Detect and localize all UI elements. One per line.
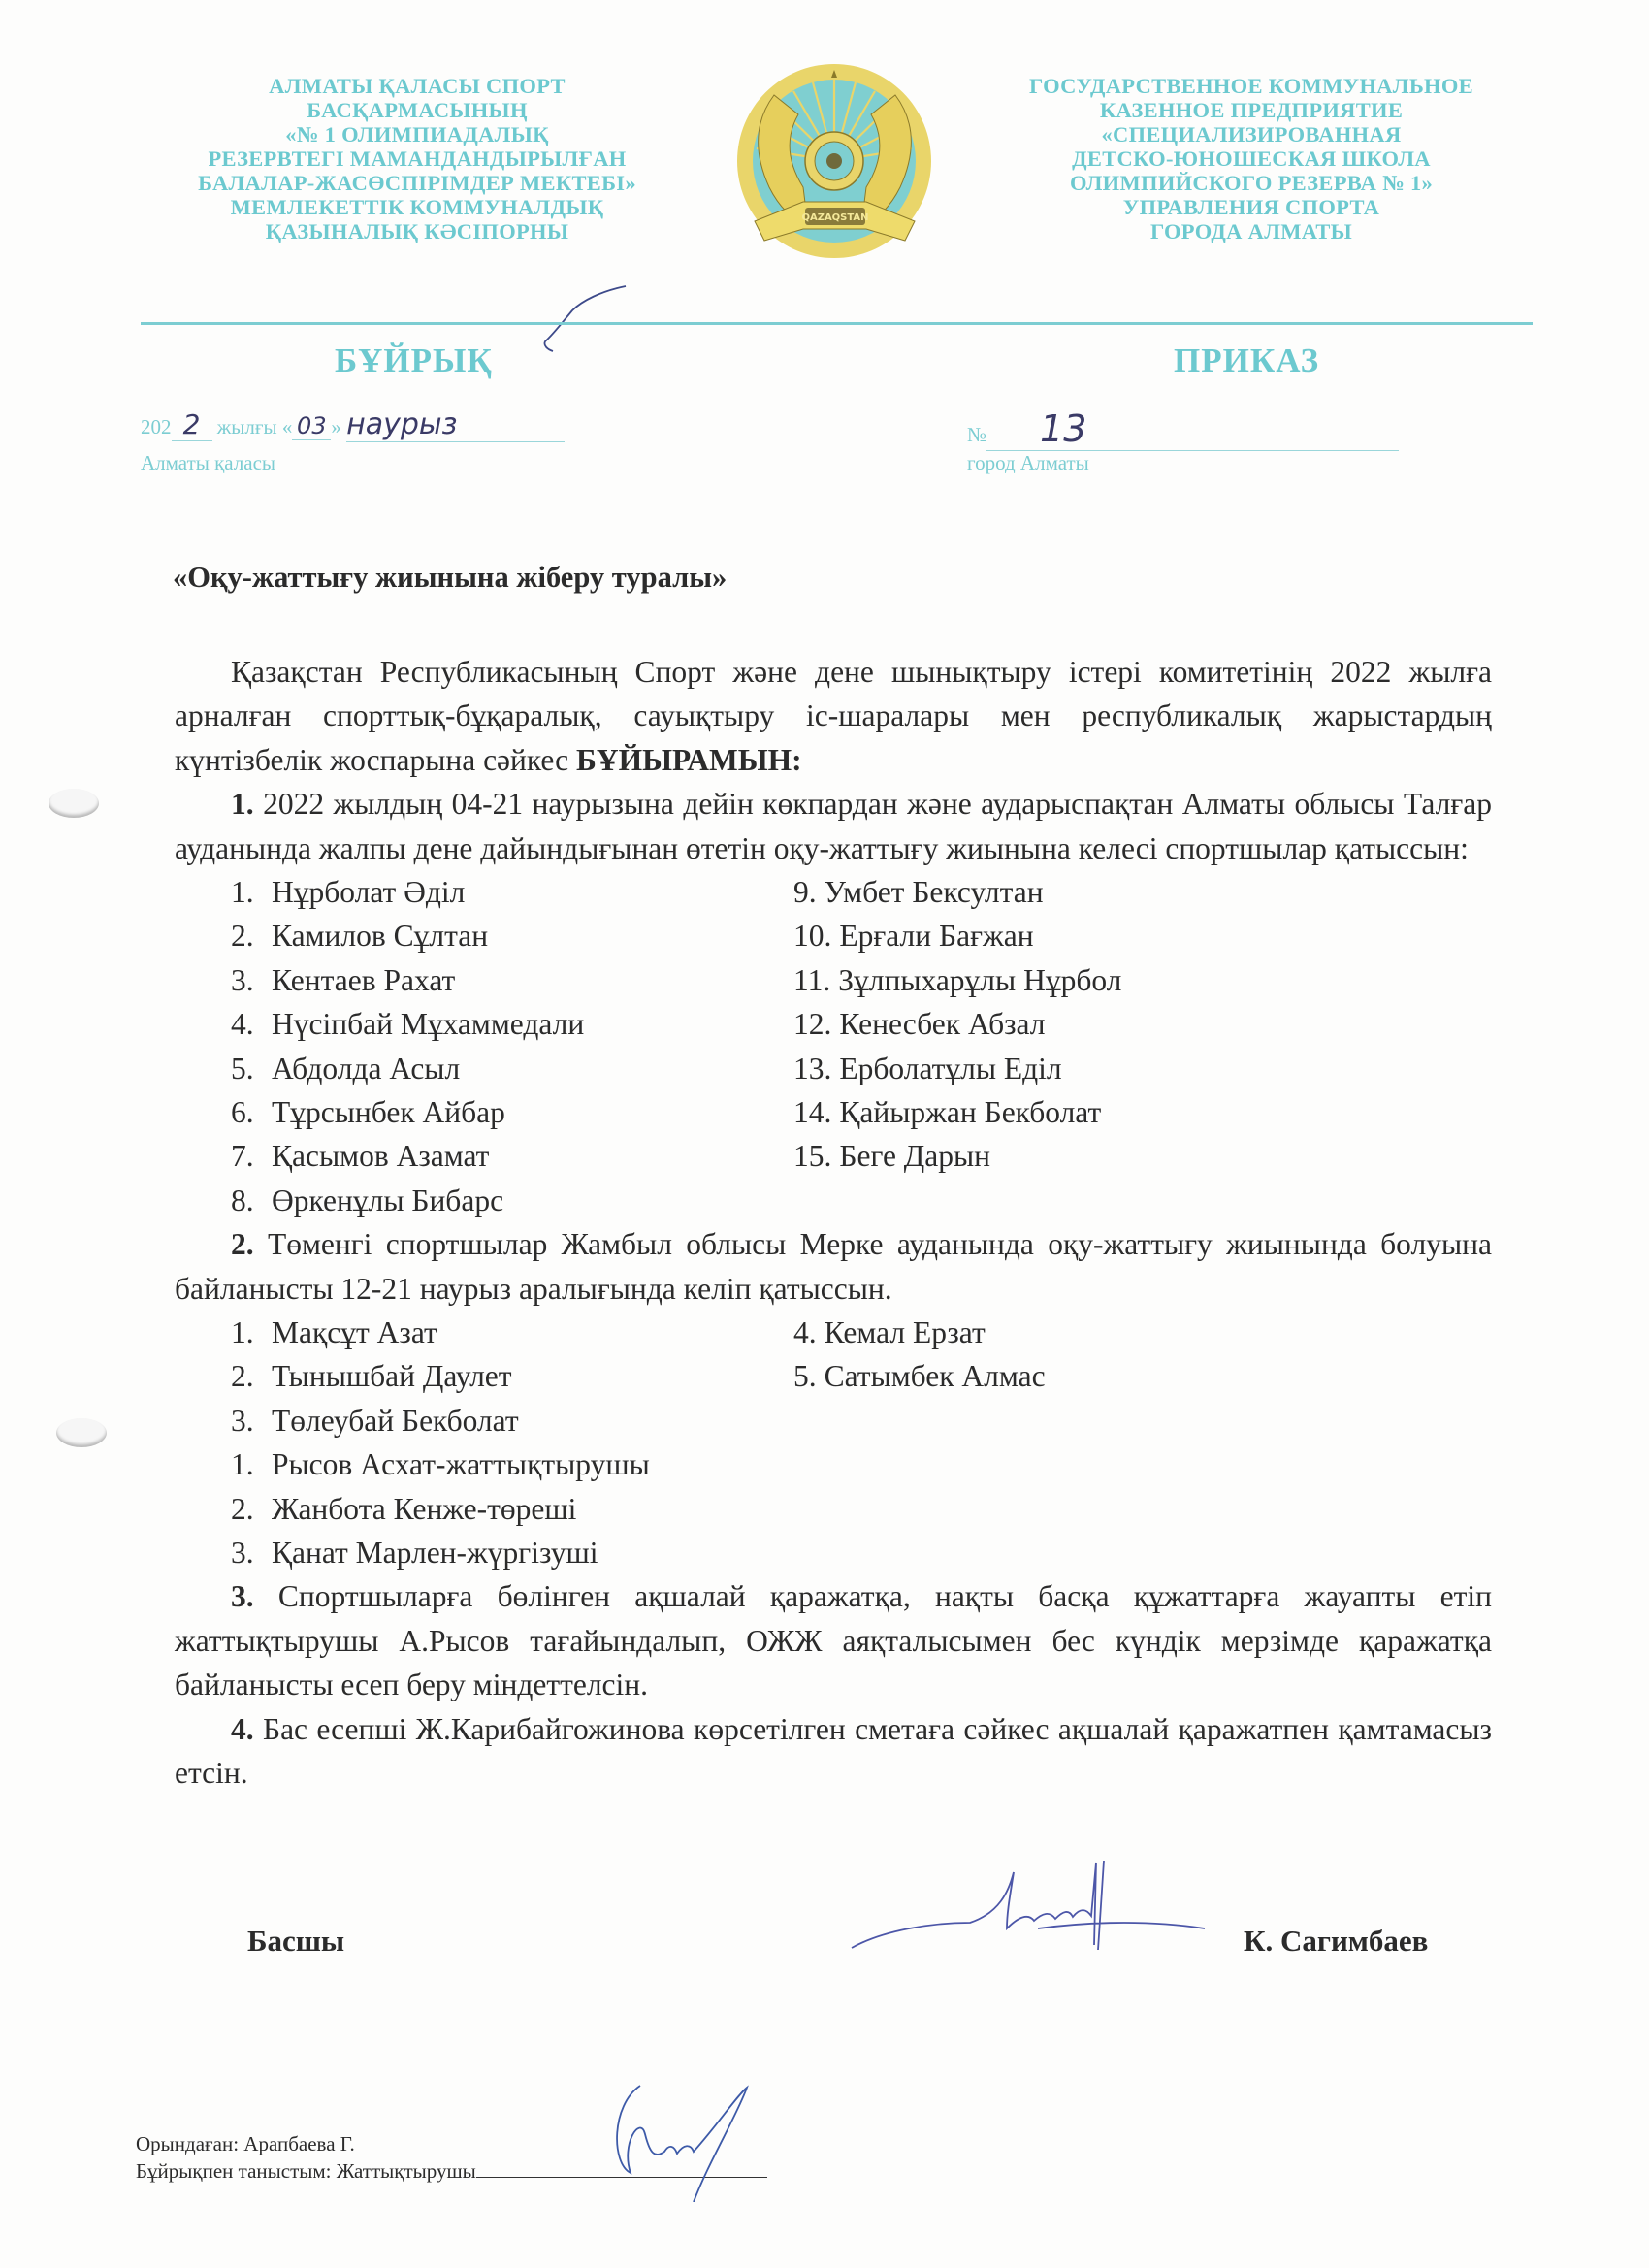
- handwritten-day: 03: [297, 412, 327, 439]
- order-number: №13: [967, 407, 1399, 451]
- list-item: 2.Жанбота Кенже-төреші: [231, 1487, 1492, 1531]
- doc-kind-kz: БҰЙРЫҚ: [335, 341, 493, 380]
- letterhead-line: ГОРОДА АЛМАТЫ: [980, 219, 1523, 243]
- handwritten-month: наурыз: [346, 407, 457, 441]
- acknowledgement-signature: [601, 2076, 815, 2202]
- list-item-name: Қасымов Азамат: [272, 1134, 489, 1178]
- list-item-number: 6.: [231, 1090, 272, 1134]
- staff-list: 1.Рысов Асхат-жаттықтырушы2.Жанбота Кенж…: [175, 1442, 1492, 1574]
- letterhead-line: УПРАВЛЕНИЯ СПОРТА: [980, 195, 1523, 219]
- city-ru: город Алматы: [967, 451, 1089, 475]
- list-item-number: 2.: [231, 1354, 272, 1398]
- list-item-number: 1.: [231, 1311, 272, 1354]
- item-2: 2. Төменгі спортшылар Жамбыл облысы Мерк…: [175, 1222, 1492, 1311]
- letterhead-line: БАСҚАРМАСЫНЫҢ: [145, 98, 689, 122]
- list-item-name: Сатымбек Алмас: [824, 1354, 1046, 1398]
- letterhead-line: ДЕТСКО-ЮНОШЕСКАЯ ШКОЛА: [980, 146, 1523, 171]
- header-divider: [141, 322, 1533, 325]
- letterhead-line: ОЛИМПИЙСКОГО РЕЗЕРВА № 1»: [980, 171, 1523, 195]
- list-item: 7.Қасымов Азамат: [231, 1134, 793, 1178]
- athlete-list-left: 1.Мақсұт Азат2.Тынышбай Даулет3.Төлеубай…: [175, 1311, 793, 1442]
- item-4: 4. Бас есепші Ж.Карибайгожинова көрсетіл…: [175, 1707, 1492, 1796]
- handwritten-year: 2: [183, 408, 201, 440]
- letterhead-line: «СПЕЦИАЛИЗИРОВАННАЯ: [980, 122, 1523, 146]
- handwritten-mark: [514, 281, 640, 359]
- list-item: 1.Мақсұт Азат: [231, 1311, 793, 1354]
- item-1-athletes: 1.Нұрболат Әділ2.Камилов Сұлтан3.Кентаев…: [175, 870, 1492, 1222]
- list-item: 5.Абдолда Асыл: [231, 1047, 793, 1090]
- org-name-ru: ГОСУДАРСТВЕННОЕ КОММУНАЛЬНОЕКАЗЕННОЕ ПРЕ…: [980, 74, 1523, 243]
- city-kz: Алматы қаласы: [141, 451, 275, 475]
- letterhead-line: РЕЗЕРВТЕГІ МАМАНДАНДЫРЫЛҒАН: [145, 146, 689, 171]
- list-item: 12.Кенесбек Абзал: [793, 1002, 1492, 1046]
- letterhead-line: БАЛАЛАР-ЖАСӨСПІРІМДЕР МЕКТЕБІ»: [145, 171, 689, 195]
- list-item-name: Ерболатұлы Еділ: [839, 1047, 1061, 1090]
- list-item-name: Зұлпыхарұлы Нұрбол: [838, 958, 1121, 1002]
- letterhead-line: «№ 1 ОЛИМПИАДАЛЫҚ: [145, 122, 689, 146]
- item-1: 1. 2022 жылдың 04-21 наурызына дейін көк…: [175, 782, 1492, 870]
- list-item: 3.Төлеубай Бекболат: [231, 1399, 793, 1442]
- list-item: 11.Зұлпыхарұлы Нұрбол: [793, 958, 1492, 1002]
- list-item-name: Төлеубай Бекболат: [272, 1399, 519, 1442]
- list-item: 8.Өркенұлы Бибарс: [231, 1179, 793, 1222]
- list-item-number: 2.: [231, 914, 272, 957]
- punch-hole: [48, 789, 99, 818]
- list-item-number: 3.: [231, 1531, 272, 1574]
- list-item: 3.Қанат Марлен-жүргізуші: [231, 1531, 1492, 1574]
- list-item-number: 11.: [793, 958, 830, 1002]
- handwritten-number: 13: [1040, 407, 1086, 450]
- letterhead-line: АЛМАТЫ ҚАЛАСЫ СПОРТ: [145, 74, 689, 98]
- list-item-number: 12.: [793, 1002, 831, 1046]
- list-item-number: 5.: [793, 1354, 817, 1398]
- list-item-number: 14.: [793, 1090, 831, 1134]
- list-item-number: 7.: [231, 1134, 272, 1178]
- intro-paragraph: Қазақстан Республикасының Спорт және ден…: [175, 650, 1492, 782]
- signatory-name: К. Сагимбаев: [1244, 1924, 1428, 1959]
- list-item: 1.Рысов Асхат-жаттықтырушы: [231, 1442, 1492, 1486]
- list-item: 15.Беге Дарын: [793, 1134, 1492, 1178]
- list-item: 6.Тұрсынбек Айбар: [231, 1090, 793, 1134]
- list-item-name: Өркенұлы Бибарс: [272, 1179, 503, 1222]
- letterhead-line: ҚАЗЫНАЛЫҚ КӘСІПОРНЫ: [145, 219, 689, 243]
- list-item: 13.Ерболатұлы Еділ: [793, 1047, 1492, 1090]
- list-item-name: Тұрсынбек Айбар: [272, 1090, 505, 1134]
- athlete-list-left: 1.Нұрболат Әділ2.Камилов Сұлтан3.Кентаев…: [175, 870, 793, 1222]
- list-item-name: Қайыржан Бекболат: [839, 1090, 1101, 1134]
- list-item-number: 4.: [793, 1311, 817, 1354]
- signature-scribble: [844, 1853, 1222, 1960]
- list-item-number: 9.: [793, 870, 817, 914]
- list-item: 9.Умбет Бексултан: [793, 870, 1492, 914]
- list-item-name: Камилов Сұлтан: [272, 914, 488, 957]
- list-item: 4.Кемал Ерзат: [793, 1311, 1492, 1354]
- list-item-number: 4.: [231, 1002, 272, 1046]
- list-item-name: Кемал Ерзат: [824, 1311, 986, 1354]
- item-3: 3. Спортшыларға бөлінген ақшалай қаражат…: [175, 1574, 1492, 1706]
- list-item-number: 2.: [231, 1487, 272, 1531]
- list-item-number: 15.: [793, 1134, 831, 1178]
- list-item-name: Беге Дарын: [839, 1134, 990, 1178]
- document-title: «Оқу-жаттығу жиынына жіберу туралы»: [173, 561, 727, 595]
- letterhead-line: КАЗЕННОЕ ПРЕДПРИЯТИЕ: [980, 98, 1523, 122]
- list-item-name: Рысов Асхат-жаттықтырушы: [272, 1442, 650, 1486]
- list-item: 3.Кентаев Рахат: [231, 958, 793, 1002]
- document-body: Қазақстан Республикасының Спорт және ден…: [175, 650, 1492, 1795]
- org-name-kz: АЛМАТЫ ҚАЛАСЫ СПОРТБАСҚАРМАСЫНЫҢ«№ 1 ОЛИ…: [145, 74, 689, 243]
- list-item-number: 13.: [793, 1047, 831, 1090]
- list-item-name: Кенесбек Абзал: [839, 1002, 1045, 1046]
- athlete-list-right: 4.Кемал Ерзат5.Сатымбек Алмас: [793, 1311, 1492, 1442]
- list-item-name: Кентаев Рахат: [272, 958, 455, 1002]
- list-item-number: 1.: [231, 870, 272, 914]
- list-item: 5.Сатымбек Алмас: [793, 1354, 1492, 1398]
- list-item-number: 1.: [231, 1442, 272, 1486]
- list-item-number: 5.: [231, 1047, 272, 1090]
- order-date: 2022 жылғы «03» наурыз: [141, 407, 565, 442]
- list-item-name: Ерғали Бағжан: [839, 914, 1033, 957]
- list-item-number: 3.: [231, 1399, 272, 1442]
- list-item-number: 10.: [793, 914, 831, 957]
- list-item-number: 3.: [231, 958, 272, 1002]
- kazakhstan-emblem-icon: QAZAQSTAN: [735, 56, 934, 272]
- list-item-name: Тынышбай Даулет: [272, 1354, 512, 1398]
- list-item: 2.Тынышбай Даулет: [231, 1354, 793, 1398]
- list-item-name: Жанбота Кенже-төреші: [272, 1487, 576, 1531]
- athlete-list-right: 9.Умбет Бексултан10.Ерғали Бағжан11.Зұлп…: [793, 870, 1492, 1222]
- list-item-name: Қанат Марлен-жүргізуші: [272, 1531, 598, 1574]
- list-item-name: Нүсіпбай Мұхаммедали: [272, 1002, 584, 1046]
- list-item-number: 8.: [231, 1179, 272, 1222]
- list-item-name: Мақсұт Азат: [272, 1311, 437, 1354]
- list-item-name: Абдолда Асыл: [272, 1047, 460, 1090]
- list-item: 1.Нұрболат Әділ: [231, 870, 793, 914]
- list-item-name: Умбет Бексултан: [824, 870, 1044, 914]
- list-item: 4.Нүсіпбай Мұхаммедали: [231, 1002, 793, 1046]
- letterhead-line: ГОСУДАРСТВЕННОЕ КОММУНАЛЬНОЕ: [980, 74, 1523, 98]
- signatory-position: Басшы: [247, 1924, 344, 1959]
- letterhead-line: МЕМЛЕКЕТТІК КОММУНАЛДЫҚ: [145, 195, 689, 219]
- punch-hole: [56, 1418, 107, 1447]
- executed-by: Орындаған: Арапбаева Г.: [136, 2132, 355, 2156]
- list-item-name: Нұрболат Әділ: [272, 870, 465, 914]
- list-item: 14.Қайыржан Бекболат: [793, 1090, 1492, 1134]
- svg-text:QAZAQSTAN: QAZAQSTAN: [801, 212, 868, 223]
- list-item: 2.Камилов Сұлтан: [231, 914, 793, 957]
- list-item: 10.Ерғали Бағжан: [793, 914, 1492, 957]
- item-2-athletes: 1.Мақсұт Азат2.Тынышбай Даулет3.Төлеубай…: [175, 1311, 1492, 1442]
- doc-kind-ru: ПРИКАЗ: [1174, 341, 1319, 380]
